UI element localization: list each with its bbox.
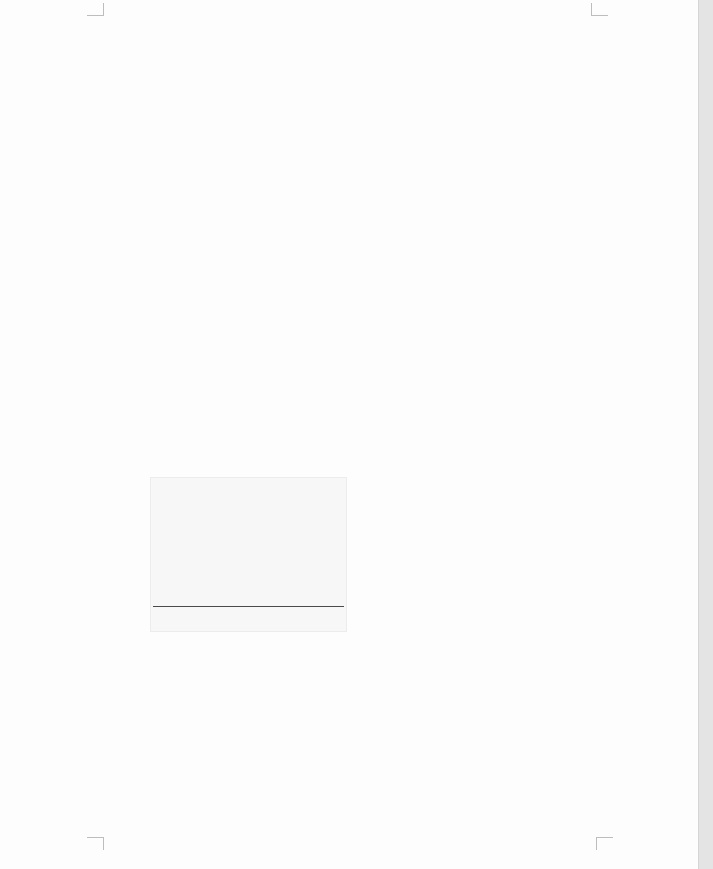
- margin-corner-mark-bottom-left: [87, 837, 104, 850]
- blank-line: [88, 183, 628, 192]
- text-area: [88, 12, 628, 192]
- complement-pair-arcs: [151, 478, 348, 633]
- vertical-addition-figure: [150, 477, 347, 632]
- scrollbar-track[interactable]: [698, 0, 713, 869]
- page-title: [88, 12, 628, 39]
- document-page: [0, 0, 713, 869]
- addition-rule-line: [153, 606, 344, 607]
- margin-corner-mark-bottom-right: [596, 837, 613, 850]
- figure-spacer: [88, 39, 628, 183]
